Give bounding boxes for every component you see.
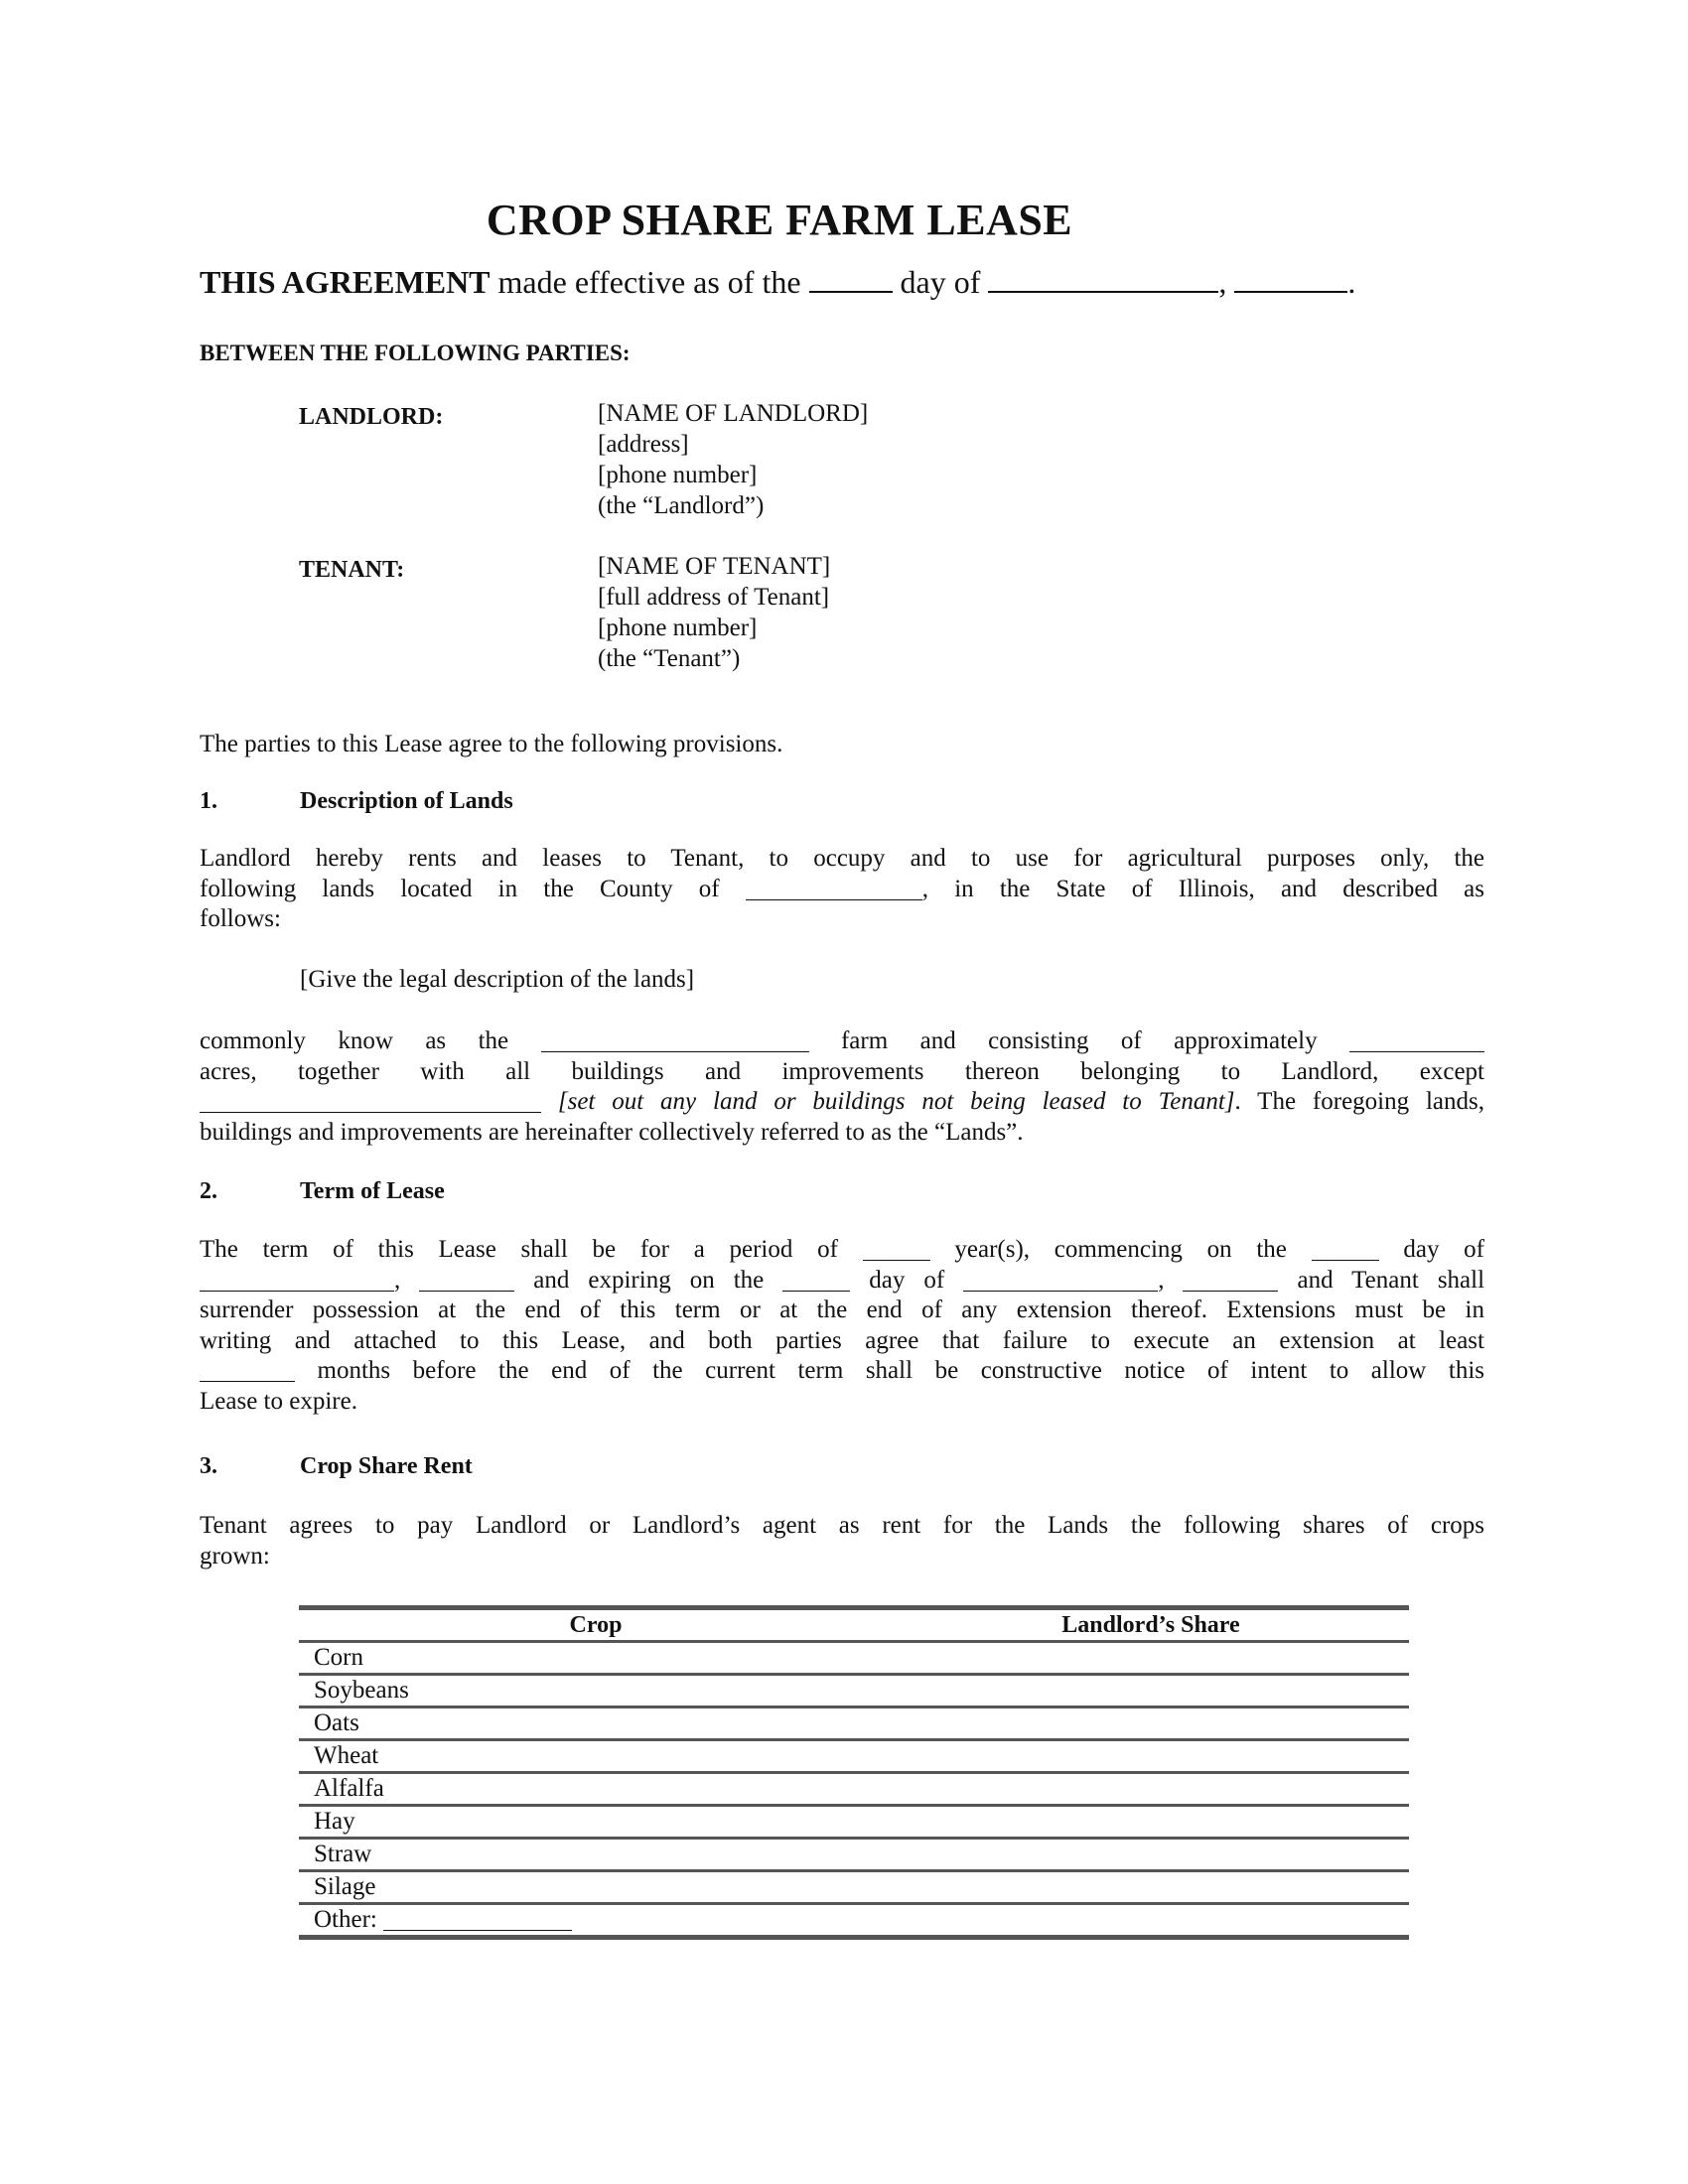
end-month-blank[interactable] bbox=[963, 1269, 1158, 1292]
landlord-share-cell[interactable] bbox=[893, 1642, 1409, 1675]
tenant-label: TENANT: bbox=[299, 557, 404, 584]
agreement-period: . bbox=[1347, 264, 1355, 300]
crop-name: Oats bbox=[314, 1709, 359, 1736]
text: day of bbox=[1379, 1236, 1484, 1263]
acreage-blank[interactable] bbox=[1349, 1029, 1484, 1052]
table-row: Hay bbox=[299, 1806, 1409, 1839]
exception-blank[interactable] bbox=[200, 1090, 541, 1113]
landlord-defined-term: (the “Landlord”) bbox=[598, 490, 868, 521]
agreement-line: THIS AGREEMENT made effective as of the … bbox=[200, 264, 1355, 301]
italic-instruction: [set out any land or buildings not being… bbox=[541, 1088, 1235, 1115]
paragraph-line: acres, together with all buildings and i… bbox=[200, 1057, 1484, 1088]
text: , bbox=[394, 1267, 419, 1294]
table-row: Corn bbox=[299, 1642, 1409, 1675]
table-row: Straw bbox=[299, 1839, 1409, 1871]
table-row: Alfalfa bbox=[299, 1773, 1409, 1806]
landlord-share-cell[interactable] bbox=[893, 1806, 1409, 1839]
start-day-blank[interactable] bbox=[1312, 1238, 1379, 1261]
section-1-paragraph-2: commonly know as the farm and consisting… bbox=[200, 1026, 1484, 1148]
effective-year-blank[interactable] bbox=[1234, 290, 1347, 293]
term-years-blank[interactable] bbox=[863, 1238, 930, 1261]
crop-name: Hay bbox=[314, 1808, 355, 1835]
paragraph-line: Tenant agrees to pay Landlord or Landlor… bbox=[200, 1511, 1484, 1542]
landlord-share-cell[interactable] bbox=[893, 1904, 1409, 1938]
paragraph-line: writing and attached to this Lease, and … bbox=[200, 1326, 1484, 1357]
notice-months-blank[interactable] bbox=[200, 1359, 295, 1382]
end-year-blank[interactable] bbox=[1183, 1269, 1278, 1292]
paragraph-line: The term of this Lease shall be for a pe… bbox=[200, 1235, 1484, 1266]
section-number: 3. bbox=[200, 1453, 217, 1480]
crop-name-cell: Straw bbox=[299, 1839, 893, 1871]
crop-name: Silage bbox=[314, 1873, 376, 1900]
paragraph-line: buildings and improvements are hereinaft… bbox=[200, 1118, 1484, 1149]
paragraph-line: Lease to expire. bbox=[200, 1387, 1484, 1418]
section-3-heading: 3. Crop Share Rent bbox=[200, 1453, 795, 1483]
crop-name-cell: Soybeans bbox=[299, 1675, 893, 1707]
text: following lands located in the County of bbox=[200, 876, 746, 902]
text: , in the State of Illinois, and describe… bbox=[922, 876, 1484, 902]
section-1-heading: 1. Description of Lands bbox=[200, 788, 795, 818]
paragraph-line: Landlord hereby rents and leases to Tena… bbox=[200, 844, 1484, 875]
landlord-label: LANDLORD: bbox=[299, 404, 443, 431]
table-row: Soybeans bbox=[299, 1675, 1409, 1707]
paragraph-line: grown: bbox=[200, 1542, 1484, 1572]
crop-name: Soybeans bbox=[314, 1677, 409, 1704]
table-header-row: Crop Landlord’s Share bbox=[299, 1608, 1409, 1642]
agreement-text: made effective as of the bbox=[491, 264, 809, 300]
column-header-landlord-share: Landlord’s Share bbox=[893, 1608, 1409, 1642]
tenant-address[interactable]: [full address of Tenant] bbox=[598, 582, 830, 613]
section-3-paragraph: Tenant agrees to pay Landlord or Landlor… bbox=[200, 1511, 1484, 1571]
crop-name: Straw bbox=[314, 1841, 371, 1867]
crop-name: Alfalfa bbox=[314, 1775, 384, 1802]
paragraph-line: , and expiring on the day of , and Tenan… bbox=[200, 1266, 1484, 1297]
column-header-crop: Crop bbox=[299, 1608, 893, 1642]
end-day-blank[interactable] bbox=[782, 1269, 850, 1292]
landlord-share-cell[interactable] bbox=[893, 1740, 1409, 1773]
crop-name-cell: Corn bbox=[299, 1642, 893, 1675]
section-2-heading: 2. Term of Lease bbox=[200, 1178, 795, 1208]
farm-name-blank[interactable] bbox=[541, 1029, 809, 1052]
section-2-paragraph: The term of this Lease shall be for a pe… bbox=[200, 1235, 1484, 1417]
landlord-share-cell[interactable] bbox=[893, 1707, 1409, 1740]
text: and Tenant shall bbox=[1278, 1267, 1484, 1294]
start-month-blank[interactable] bbox=[200, 1269, 394, 1292]
section-title: Crop Share Rent bbox=[300, 1453, 473, 1480]
crop-name: Other: bbox=[314, 1906, 383, 1933]
landlord-share-cell[interactable] bbox=[893, 1675, 1409, 1707]
county-blank[interactable] bbox=[746, 878, 922, 900]
agreement-text: day of bbox=[893, 264, 989, 300]
section-1-paragraph-1: Landlord hereby rents and leases to Tena… bbox=[200, 844, 1484, 935]
other-crop-blank[interactable] bbox=[383, 1908, 572, 1931]
tenant-details: [NAME OF TENANT] [full address of Tenant… bbox=[598, 551, 830, 674]
tenant-phone[interactable]: [phone number] bbox=[598, 613, 830, 643]
crop-name-cell: Oats bbox=[299, 1707, 893, 1740]
crop-name-cell: Other: bbox=[299, 1904, 893, 1938]
landlord-address[interactable]: [address] bbox=[598, 429, 868, 460]
crop-name-cell: Alfalfa bbox=[299, 1773, 893, 1806]
table-row: Oats bbox=[299, 1707, 1409, 1740]
paragraph-line: commonly know as the farm and consisting… bbox=[200, 1026, 1484, 1057]
start-year-blank[interactable] bbox=[419, 1269, 514, 1292]
crop-share-table: Crop Landlord’s Share CornSoybeansOatsWh… bbox=[299, 1605, 1409, 1940]
table-row: Wheat bbox=[299, 1740, 1409, 1773]
table-row: Other: bbox=[299, 1904, 1409, 1938]
tenant-defined-term: (the “Tenant”) bbox=[598, 643, 830, 674]
agreement-lead: THIS AGREEMENT bbox=[200, 264, 491, 300]
text: The term of this Lease shall be for a pe… bbox=[200, 1236, 863, 1263]
text: farm and consisting of approximately bbox=[809, 1027, 1349, 1054]
text: commonly know as the bbox=[200, 1027, 541, 1054]
landlord-details: [NAME OF LANDLORD] [address] [phone numb… bbox=[598, 398, 868, 521]
section-title: Term of Lease bbox=[300, 1178, 445, 1205]
effective-month-blank[interactable] bbox=[988, 290, 1218, 293]
agreement-comma: , bbox=[1218, 264, 1234, 300]
crop-name-cell: Silage bbox=[299, 1871, 893, 1904]
text: months before the end of the current ter… bbox=[295, 1357, 1484, 1384]
section-title: Description of Lands bbox=[300, 788, 513, 815]
effective-day-blank[interactable] bbox=[809, 290, 893, 293]
between-heading: BETWEEN THE FOLLOWING PARTIES: bbox=[200, 341, 631, 366]
text: , bbox=[1158, 1267, 1183, 1294]
text: and expiring on the bbox=[514, 1267, 782, 1294]
paragraph-line: months before the end of the current ter… bbox=[200, 1356, 1484, 1387]
intro-paragraph: The parties to this Lease agree to the f… bbox=[200, 730, 782, 760]
section-number: 1. bbox=[200, 788, 217, 815]
crop-name-cell: Hay bbox=[299, 1806, 893, 1839]
landlord-share-cell[interactable] bbox=[893, 1871, 1409, 1904]
paragraph-line: [set out any land or buildings not being… bbox=[200, 1087, 1484, 1118]
landlord-phone[interactable]: [phone number] bbox=[598, 460, 868, 490]
crop-name-cell: Wheat bbox=[299, 1740, 893, 1773]
table-row: Silage bbox=[299, 1871, 1409, 1904]
text: year(s), commencing on the bbox=[930, 1236, 1312, 1263]
text: day of bbox=[850, 1267, 963, 1294]
paragraph-line: following lands located in the County of… bbox=[200, 875, 1484, 905]
crop-name: Wheat bbox=[314, 1742, 378, 1769]
legal-description-placeholder[interactable]: [Give the legal description of the lands… bbox=[300, 965, 694, 996]
landlord-share-cell[interactable] bbox=[893, 1773, 1409, 1806]
tenant-name[interactable]: [NAME OF TENANT] bbox=[598, 551, 830, 582]
paragraph-line: surrender possession at the end of this … bbox=[200, 1296, 1484, 1326]
text: . The foregoing lands, bbox=[1235, 1088, 1484, 1115]
section-number: 2. bbox=[200, 1178, 217, 1205]
paragraph-line: follows: bbox=[200, 904, 1484, 935]
document-title: CROP SHARE FARM LEASE bbox=[0, 195, 1559, 245]
landlord-name[interactable]: [NAME OF LANDLORD] bbox=[598, 398, 868, 429]
landlord-share-cell[interactable] bbox=[893, 1839, 1409, 1871]
crop-name: Corn bbox=[314, 1644, 363, 1671]
